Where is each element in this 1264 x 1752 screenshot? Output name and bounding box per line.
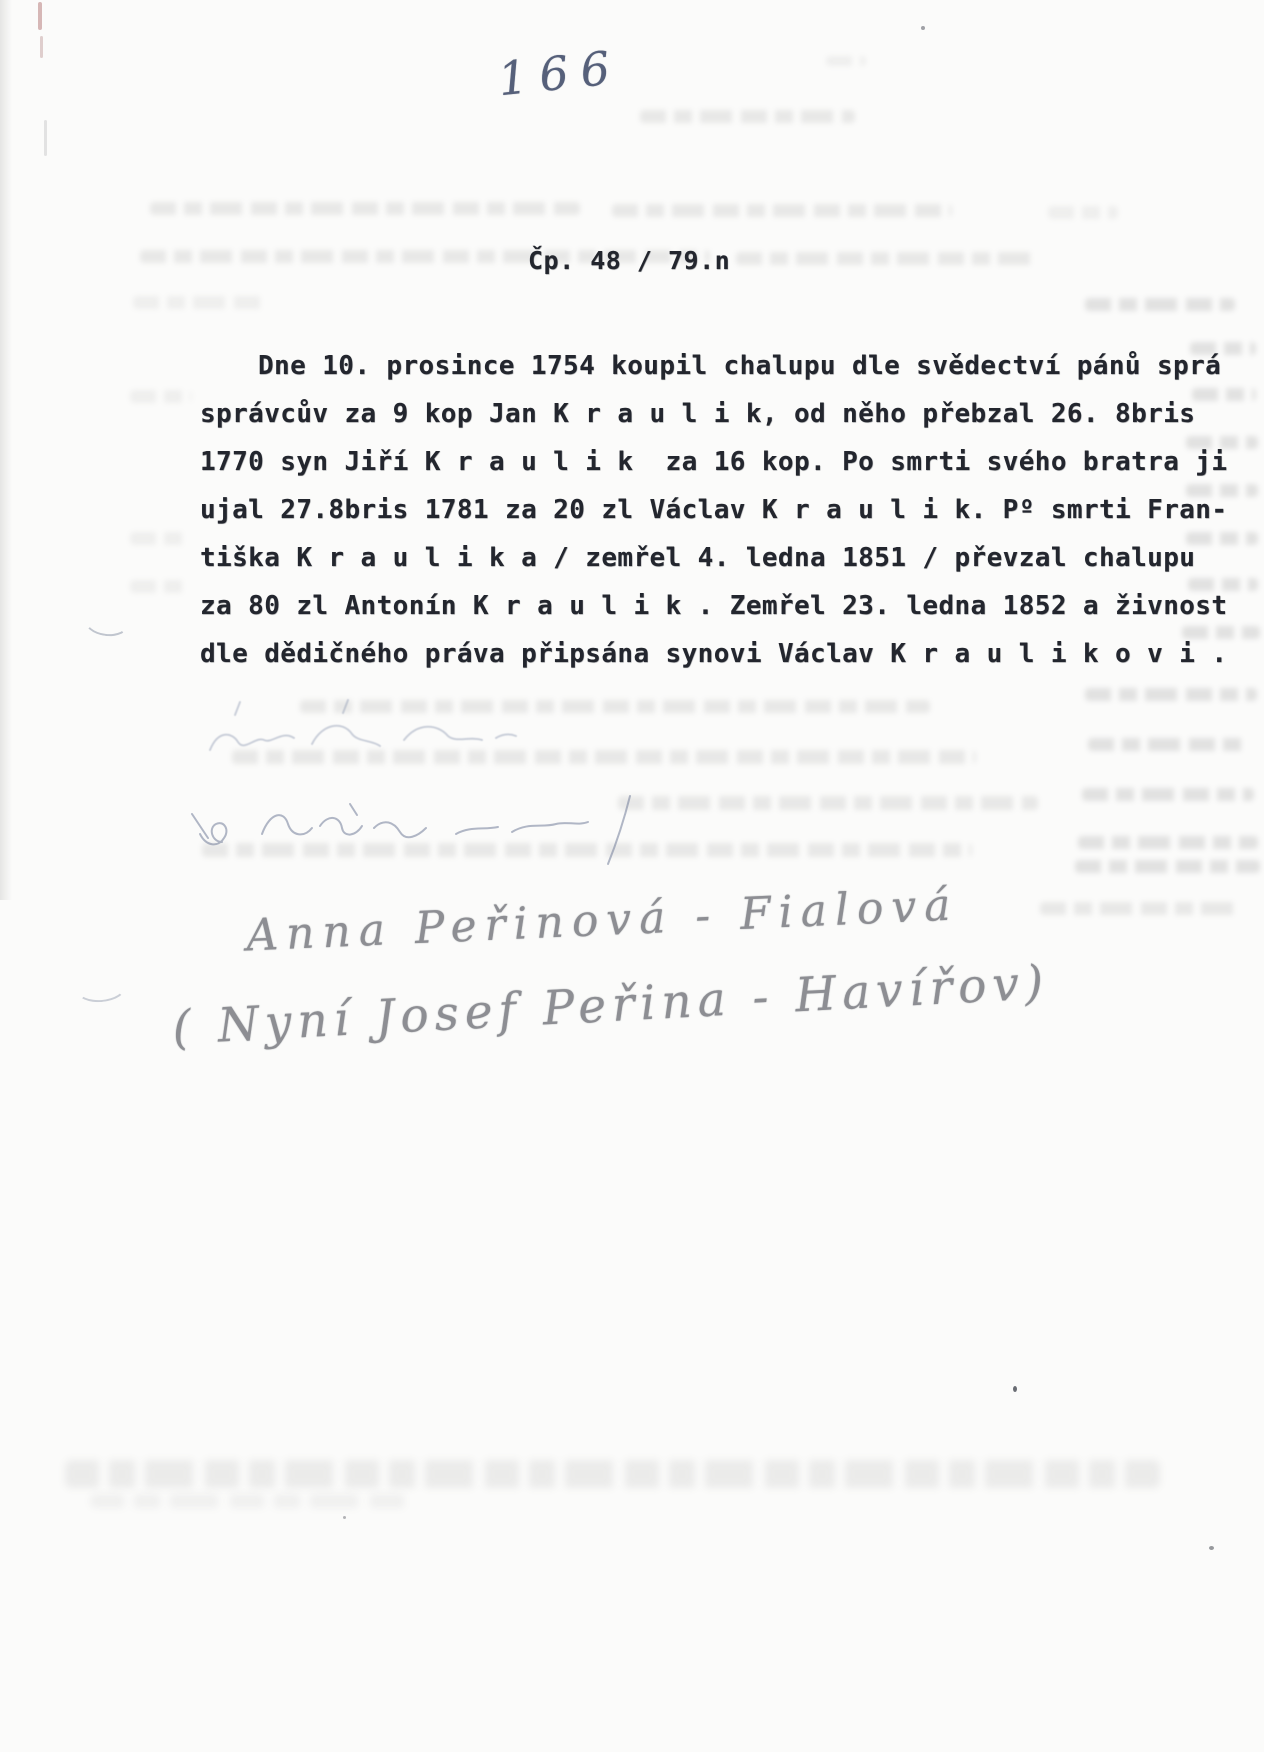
margin-arc-mark [82, 603, 131, 638]
bleed-through-line [133, 296, 268, 309]
typed-line-5: tiška K r a u l i k a / zemřel 4. ledna … [200, 545, 1195, 571]
bleed-through-line [640, 110, 855, 123]
bleed-through-line [1082, 788, 1254, 801]
faded-signature-1 [196, 694, 526, 778]
typed-line-2: správcův za 9 kop Jan K r a u l i k, od … [200, 401, 1195, 427]
scan-speck [921, 26, 925, 30]
bleed-through-line [1186, 532, 1258, 545]
typed-line-7: dle dědičného práva připsána synovi Václ… [200, 641, 1227, 667]
bleed-through-line [736, 252, 1036, 265]
bleed-through-line [130, 532, 190, 545]
bleed-through-band [65, 1460, 1160, 1488]
document-heading: Čp. 48 / 79.n [528, 248, 730, 273]
bleed-through-line [1088, 738, 1248, 751]
faded-signature-2 [188, 792, 668, 870]
pencil-annotation-line-2: ( Nyní Josef Peřina - Havířov) [171, 955, 1050, 1056]
bleed-through-line [1075, 860, 1260, 873]
bleed-through-line [1040, 902, 1240, 915]
bleed-through-band [90, 1494, 410, 1508]
scanned-document-page: 166 Čp. 48 / 79.n Dne 10. prosince 1754 … [0, 0, 1264, 1752]
handwritten-page-number: 166 [496, 40, 625, 107]
typed-line-1: Dne 10. prosince 1754 koupil chalupu dle… [258, 353, 1221, 379]
bleed-through-line [1192, 388, 1256, 401]
typed-line-3: 1770 syn Jiří K r a u l i k za 16 kop. P… [200, 449, 1227, 475]
typed-line-4: ujal 27.8bris 1781 za 20 zl Václav K r a… [200, 497, 1227, 523]
bleed-through-line [1182, 626, 1260, 639]
scan-speck [343, 1516, 346, 1519]
scan-edge-shading [0, 0, 12, 900]
bleed-through-line [612, 204, 952, 217]
typed-line-6: za 80 zl Antonín K r a u l i k . Zemřel … [200, 593, 1227, 619]
binding-mark [38, 2, 42, 30]
bleed-through-line [1085, 688, 1257, 701]
binding-mark [44, 120, 47, 156]
scan-speck [1209, 1546, 1214, 1550]
bleed-through-line [150, 202, 580, 215]
bleed-through-line [826, 56, 866, 66]
bleed-through-line [1085, 298, 1235, 311]
binding-mark [40, 36, 43, 58]
bleed-through-line [1188, 578, 1258, 591]
bleed-through-line [618, 796, 1038, 810]
margin-arc-mark [75, 972, 127, 1004]
scan-speck [1013, 1386, 1017, 1392]
pencil-annotation-line-1: Anna Peřinová - Fialová [245, 879, 959, 961]
bleed-through-line [1048, 206, 1118, 219]
bleed-through-line [130, 580, 188, 593]
bleed-through-line [130, 390, 192, 403]
bleed-through-line [1078, 836, 1258, 849]
